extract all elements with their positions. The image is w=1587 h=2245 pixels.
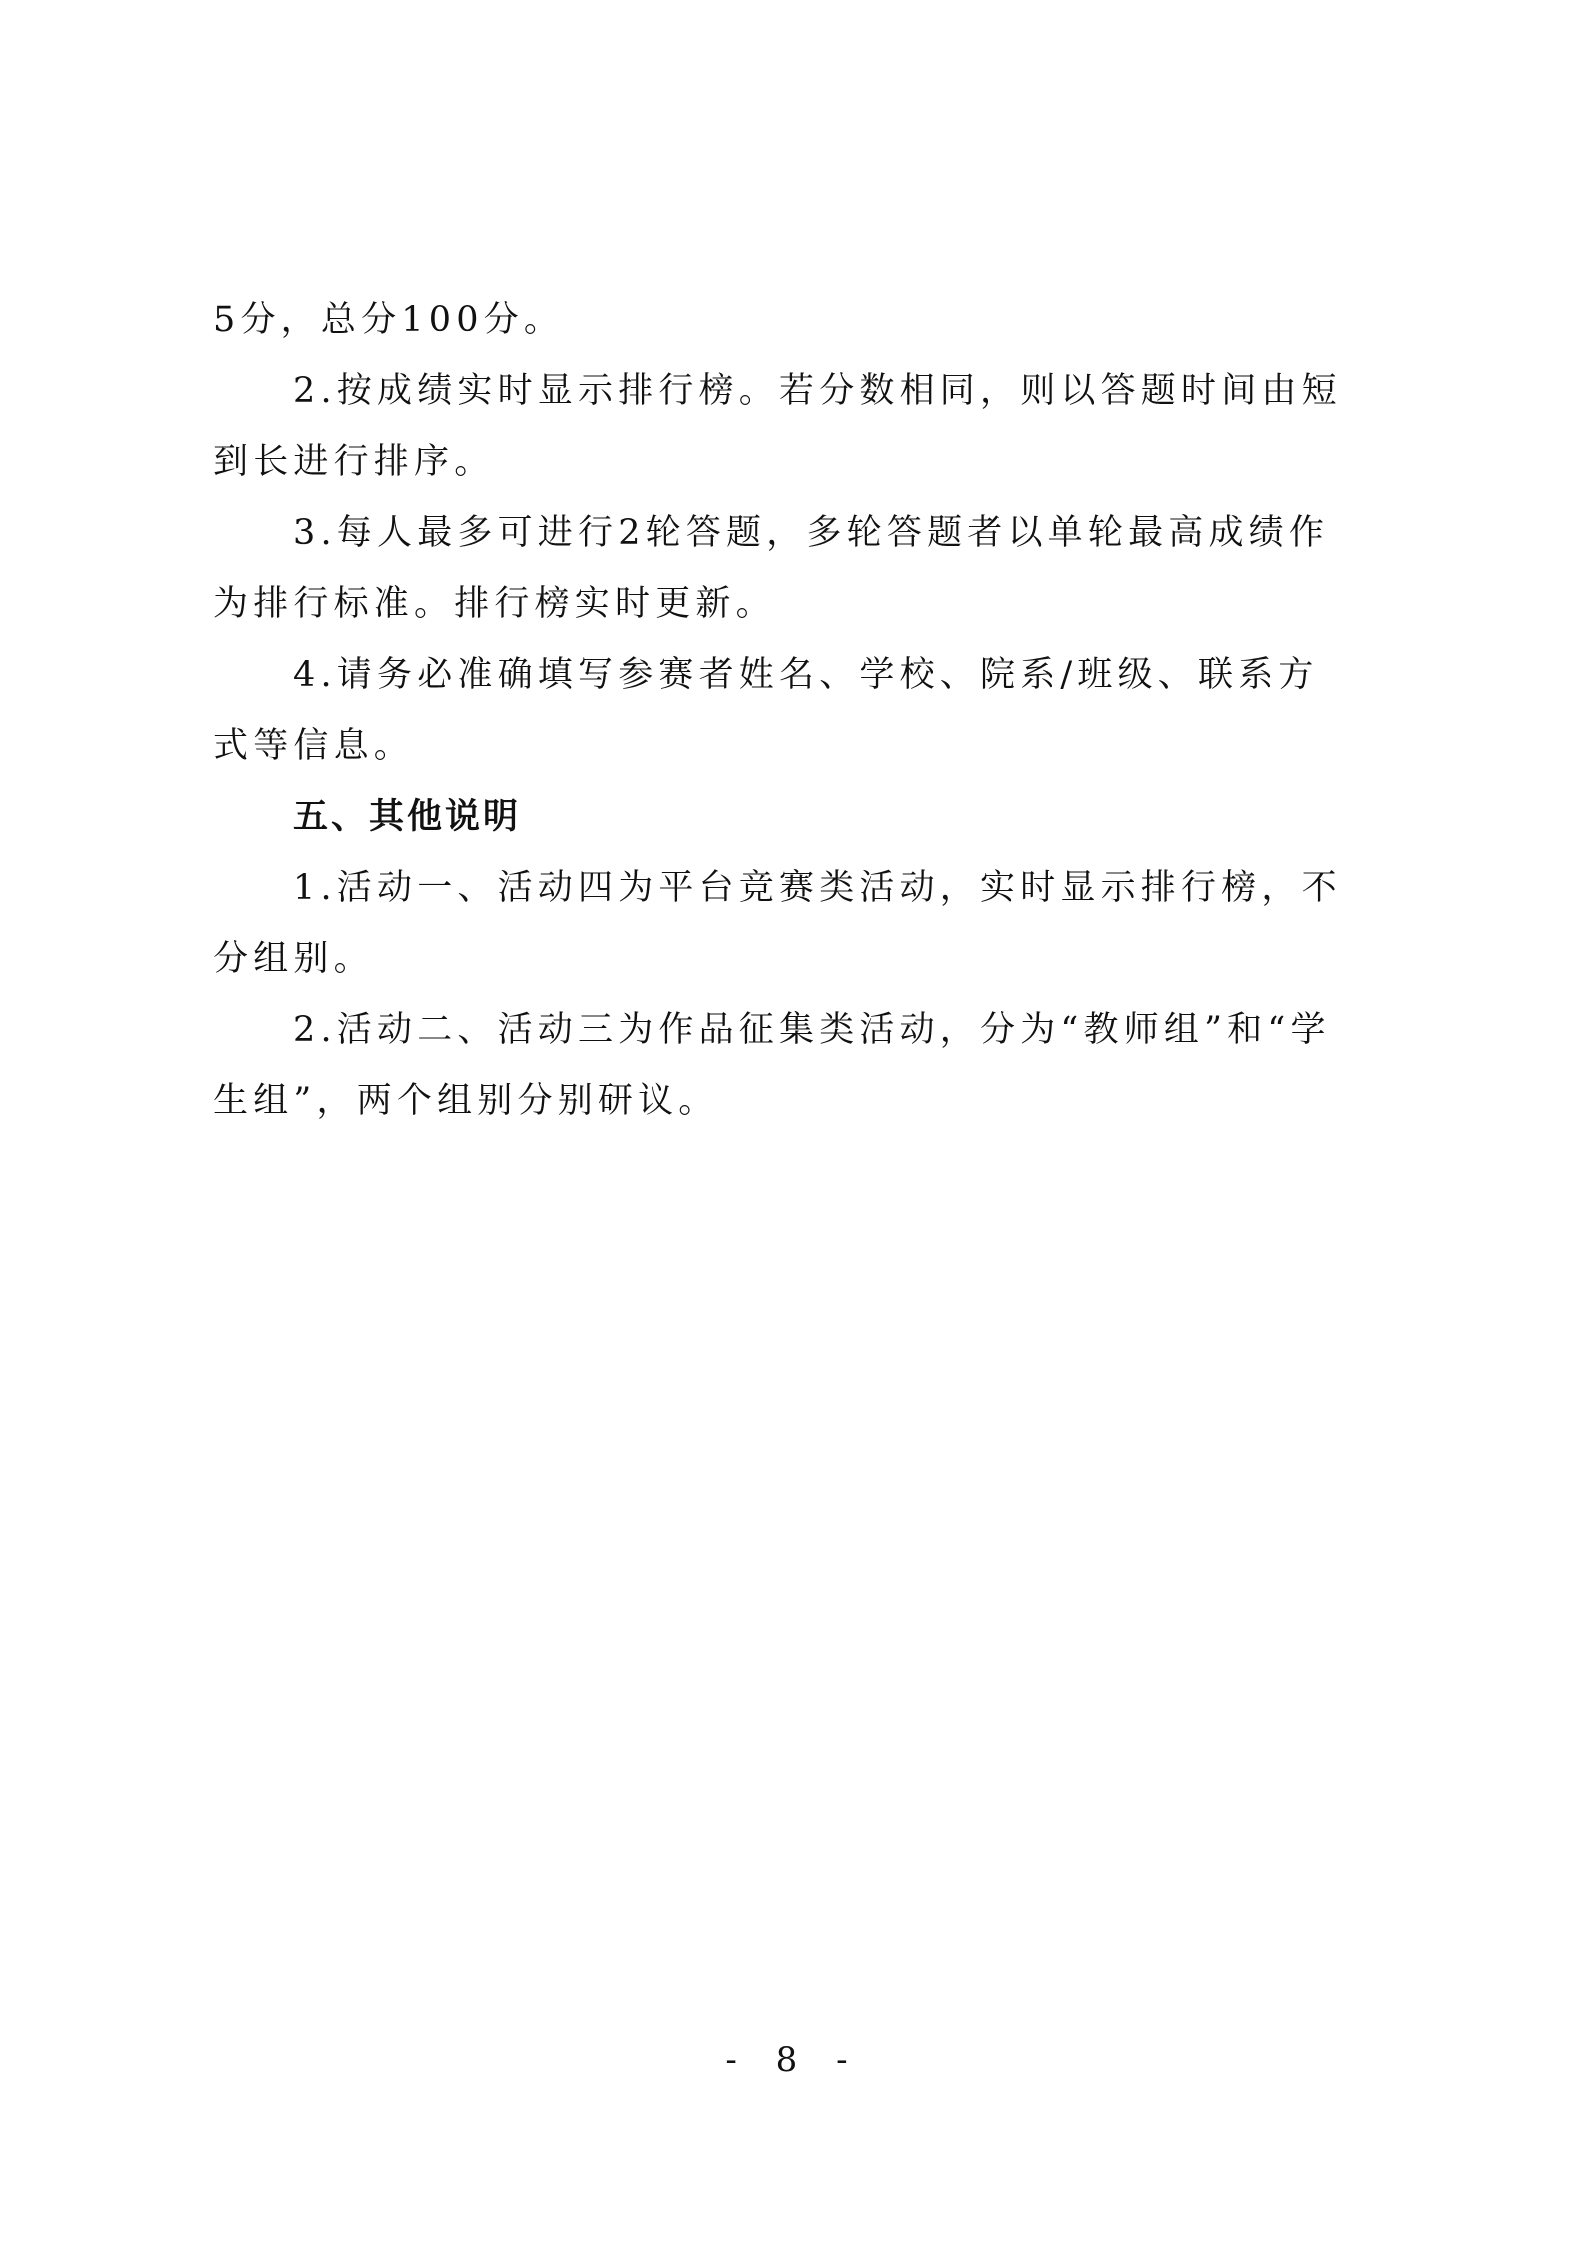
- paragraph-line: 4.请务必准确填写参赛者姓名、学校、院系/班级、联系方: [293, 653, 1319, 697]
- paragraph-line: 2.活动二、活动三为作品征集类活动，分为“教师组”和“学: [293, 1008, 1331, 1052]
- paragraph-line: 5分，总分100分。: [213, 298, 564, 342]
- paragraph-line: 式等信息。: [213, 724, 414, 768]
- paragraph-line: 为排行标准。排行榜实时更新。: [213, 582, 776, 626]
- page-number: - 8 -: [0, 2040, 1587, 2080]
- paragraph-line: 生组”，两个组别分别研议。: [213, 1079, 719, 1123]
- paragraph-line: 分组别。: [213, 937, 374, 981]
- paragraph-line: 到长进行排序。: [213, 440, 494, 484]
- paragraph-line: 3.每人最多可进行2轮答题，多轮答题者以单轮最高成绩作: [293, 511, 1329, 555]
- section-heading: 五、其他说明: [293, 795, 521, 839]
- paragraph-line: 1.活动一、活动四为平台竞赛类活动，实时显示排行榜，不: [293, 866, 1342, 910]
- paragraph-line: 2.按成绩实时显示排行榜。若分数相同，则以答题时间由短: [293, 369, 1342, 413]
